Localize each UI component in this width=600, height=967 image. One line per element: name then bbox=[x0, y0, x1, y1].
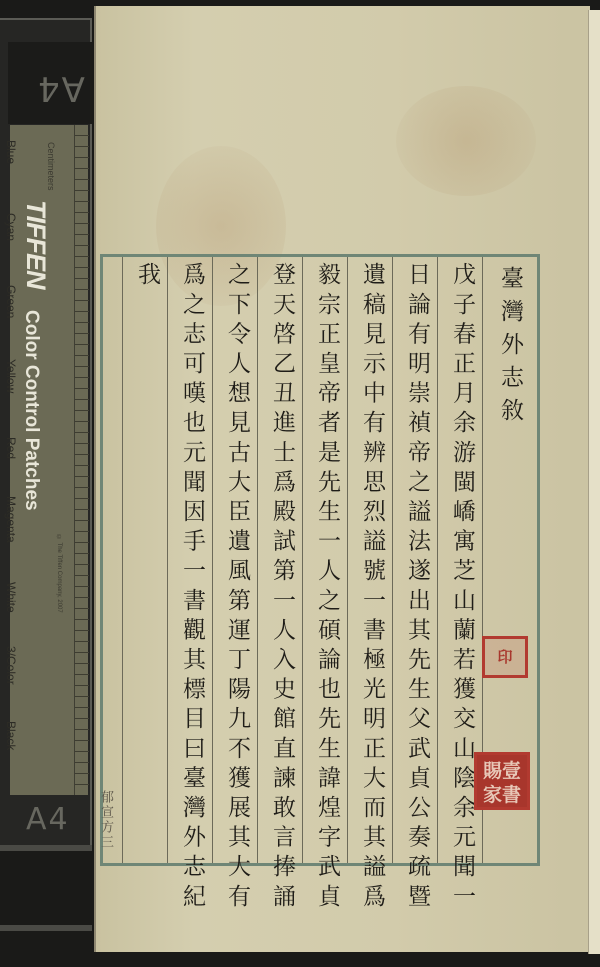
text-column: 登天啓乙丑進士爲殿試第一人入史館直諫敢言捧誦 bbox=[262, 262, 302, 913]
text-column: 日論有明崇禎帝之謚法遂出其先生父武貞公奏疏暨 bbox=[397, 262, 437, 913]
patch-label: 3/Color bbox=[4, 646, 18, 685]
text-column-title: 臺灣外志敘 bbox=[490, 266, 530, 431]
column-rule bbox=[167, 257, 168, 863]
brand-logo: TIFFEN bbox=[20, 200, 51, 289]
paper-stain bbox=[396, 86, 536, 196]
column-rule bbox=[257, 257, 258, 863]
column-rule bbox=[212, 257, 213, 863]
patch-label: Magenta bbox=[4, 496, 18, 543]
card-bottom-band bbox=[0, 925, 92, 931]
text-column: 之下令人想見古大臣遺風第運丁陽九不獲展其大有 bbox=[217, 262, 257, 913]
patch-labels: Blue Cyan Green Yellow Red Magenta White… bbox=[4, 140, 18, 750]
patch-label: Green bbox=[4, 285, 18, 318]
column-rule bbox=[392, 257, 393, 863]
centimeter-ruler bbox=[74, 125, 89, 795]
text-column: 我 bbox=[127, 262, 167, 292]
text-column: 爲之志可嘆也元聞因手一書觀其標目曰臺灣外志紀 bbox=[172, 262, 212, 913]
text-column: 戊子春正月余游閩嶠寓芝山蘭若獲交山陰余元聞一 bbox=[442, 262, 482, 913]
card-bottom-band bbox=[0, 845, 92, 851]
text-column: 毅宗正皇帝者是先生一人之碩論也先生諱煌字武貞 bbox=[307, 262, 347, 913]
patch-label: Cyan bbox=[4, 213, 18, 241]
page-edge bbox=[588, 10, 600, 954]
column-rule bbox=[347, 257, 348, 863]
text-column: 遺稿見示中有辨思烈謚號一書極光明正大而其謚爲 bbox=[352, 262, 392, 913]
margin-note: 郁宣方三 bbox=[96, 790, 115, 850]
copyright-text: © The Tiffen Company, 2007 bbox=[56, 535, 62, 613]
patch-label: Blue bbox=[4, 140, 18, 164]
column-rule bbox=[437, 257, 438, 863]
red-seal-square: 印 bbox=[482, 636, 528, 678]
column-rule bbox=[302, 257, 303, 863]
red-seal-collector: 賜壹家書 bbox=[474, 752, 530, 810]
patch-label: White bbox=[4, 582, 18, 613]
card-title: Color Control Patches bbox=[20, 310, 42, 511]
column-rule bbox=[122, 257, 123, 863]
patch-label: Black bbox=[4, 721, 18, 750]
patch-label: Red bbox=[4, 437, 18, 459]
color-control-card: A4 Centimeters TIFFEN Color Control Patc… bbox=[0, 18, 92, 848]
size-label-bottom: A4 bbox=[26, 802, 70, 837]
patch-label: Yellow bbox=[4, 359, 18, 393]
unit-label: Centimeters bbox=[46, 142, 56, 191]
size-label-top: A4 bbox=[36, 68, 85, 108]
